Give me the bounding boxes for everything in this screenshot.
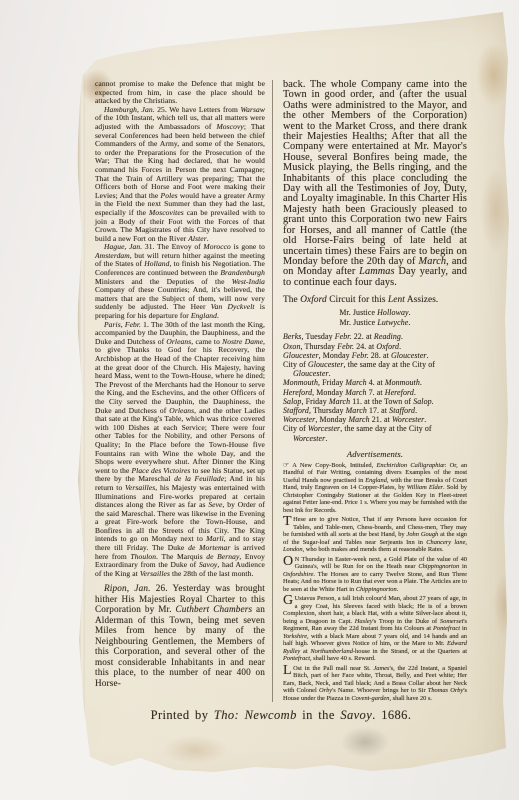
advertisement-text: Ost in the Pall mall near St. James's, t… bbox=[283, 665, 467, 702]
oxford-circuit-heading: The Oxford Circuit for this Lent Assizes… bbox=[283, 295, 467, 305]
advertisement-tables: THese are to give Notice, That if any Pe… bbox=[283, 516, 467, 554]
news-paragraph-hamburgh: Hamburgh, Jan. 25. We have Letters from … bbox=[95, 106, 265, 244]
page-content: cannot promise to make the Defence that … bbox=[95, 80, 467, 723]
advertisement-copybook: ☞ A New Copy-Book, Intituled, Enchiridio… bbox=[283, 462, 467, 515]
news-paragraph-paris: Paris, Febr. 1. The 30th of the last mon… bbox=[95, 321, 265, 579]
assize-schedule-row: City of Gloucester, the same day at the … bbox=[283, 360, 467, 378]
imprint-line: Printed by Tho: Newcomb in the Savoy. 16… bbox=[95, 708, 467, 723]
news-paragraph-hague: Hague, Jan. 31. The Envoy of Morocco is … bbox=[95, 243, 265, 320]
assize-schedule: Berks, Tuesday Febr. 22. at Reading. Oxo… bbox=[283, 332, 467, 442]
advertisement-lost-dog: LOst in the Pall mall near St. James's, … bbox=[283, 665, 467, 703]
advertisement-gold-plate: ON Thursday in Easter-week next, a Gold … bbox=[283, 556, 467, 594]
left-column: cannot promise to make the Defence that … bbox=[95, 80, 265, 702]
drop-cap: O bbox=[283, 556, 295, 568]
assize-schedule-row: City of Worcester, the same day at the C… bbox=[283, 424, 467, 442]
assize-schedule-row: Berks, Tuesday Febr. 22. at Reading. bbox=[283, 332, 467, 341]
advertisements-heading: Advertisements. bbox=[283, 449, 467, 459]
assize-schedule-row: Oxon, Thursday Febr. 24. at Oxford. bbox=[283, 342, 467, 351]
drop-cap: T bbox=[283, 516, 293, 528]
assize-schedule-row: Hereford, Monday March 7. at Hereford. bbox=[283, 388, 467, 397]
assize-schedule-row: Monmouth, Friday March 4. at Monmouth. bbox=[283, 378, 467, 387]
drop-cap: L bbox=[283, 665, 293, 677]
assize-schedule-row: Gloucester, Monday Febr. 28. at Gloucest… bbox=[283, 351, 467, 360]
assize-schedule-row: Stafford, Thursday March 17. at Stafford… bbox=[283, 406, 467, 415]
column-rule bbox=[272, 80, 273, 702]
assize-schedule-row: Worcester, Monday March 21. at Worcester… bbox=[283, 415, 467, 424]
news-paragraph-ripon-continuation: back. The whole Company came into the To… bbox=[283, 80, 467, 288]
judge-name: Mr. Justice Lutwyche. bbox=[283, 318, 467, 328]
advertisement-text: A New Copy-Book, Intituled, Enchiridion … bbox=[283, 462, 467, 514]
advertisement-text: Ustavus Person, a tall Irish colour'd Ma… bbox=[283, 595, 467, 662]
page-columns: cannot promise to make the Defence that … bbox=[95, 80, 467, 702]
assize-schedule-row: Salop, Friday March 11. at the Town of S… bbox=[283, 397, 467, 406]
judge-name: Mr. Justice Holloway. bbox=[283, 308, 467, 318]
drop-cap: G bbox=[283, 595, 295, 607]
news-paragraph-ripon: Ripon, Jan. 26. Yesterday was brought hi… bbox=[95, 583, 265, 688]
advertisement-deserter: GUstavus Person, a tall Irish colour'd M… bbox=[283, 595, 467, 663]
advertisement-text: N Thursday in Easter-week next, a Gold P… bbox=[283, 556, 467, 593]
circuit-judges: Mr. Justice Holloway. Mr. Justice Lutwyc… bbox=[283, 308, 467, 327]
advertisement-text: Hese are to give Notice, That if any Per… bbox=[283, 516, 467, 553]
news-paragraph-continuation: cannot promise to make the Defence that … bbox=[95, 80, 265, 106]
right-column: back. The whole Company came into the To… bbox=[283, 80, 467, 702]
